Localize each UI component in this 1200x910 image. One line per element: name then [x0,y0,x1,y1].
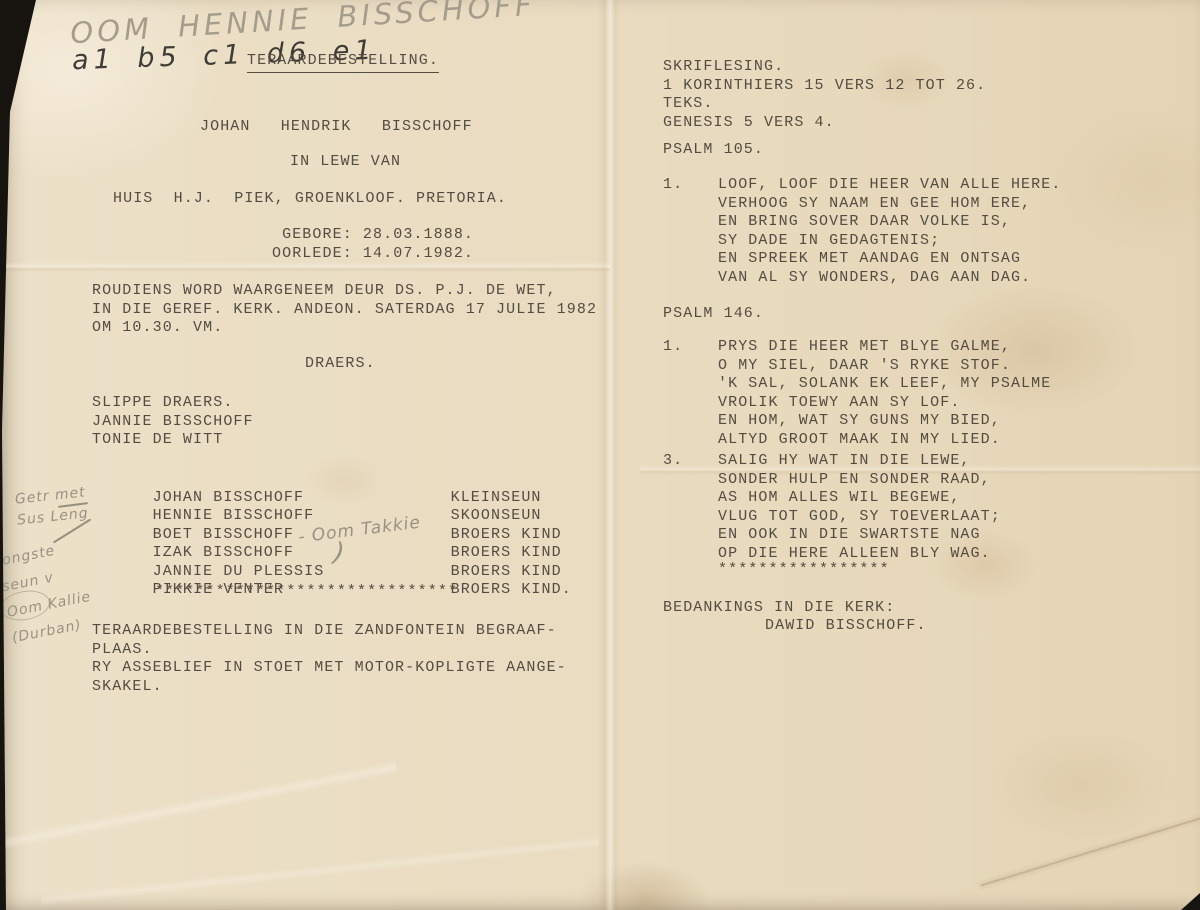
birth-death-dates: GEBORE: 28.03.1888. OORLEDE: 14.07.1982. [272,226,474,263]
draers-heading: DRAERS. [305,355,376,374]
document-title: TERAARDEBESTELLING. [247,52,439,73]
psalm-105-title: PSALM 105. [663,141,764,160]
thanks-name: DAWID BISSCHOFF. [765,617,927,636]
psalm-146-verse-1: PRYS DIE HEER MET BLYE GALME, O MY SIEL,… [718,338,1051,449]
slippe-draers-list: SLIPPE DRAERS. JANNIE BISSCHOFF TONIE DE… [92,394,254,450]
horizontal-crease-left [0,262,610,272]
burial-details: TERAARDEBESTELLING IN DIE ZANDFONTEIN BE… [92,622,567,696]
diagonal-crease-bottom-right [981,806,1200,887]
psalm-105-verse-number: 1. [663,176,683,195]
diagonal-crease-bottom-left-2 [41,836,599,906]
psalm-146-verse-1-number: 1. [663,338,683,357]
bearer-relation: BROERS KIND. [451,581,572,598]
psalm-146-title: PSALM 146. [663,305,764,324]
scanned-document: OOM HENNIE BISSCHOFF a1 b5 c1 d6 e1 Getr… [0,0,1200,910]
in-lewe-van-line: IN LEWE VAN [290,153,401,172]
deceased-name: JOHAN HENDRIK BISSCHOFF [200,118,473,137]
psalm-146-verse-3-number: 3. [663,452,683,471]
center-fold-crease [598,0,620,910]
paper-sheet: OOM HENNIE BISSCHOFF a1 b5 c1 d6 e1 Getr… [0,0,1200,910]
asterisk-divider-left: ****************************** [155,583,458,602]
asterisk-divider-right: ***************** [718,561,890,580]
service-details: ROUDIENS WORD WAARGENEEM DEUR DS. P.J. D… [92,282,597,338]
diagonal-crease-bottom-left [0,760,397,854]
psalm-146-verse-3: SALIG HY WAT IN DIE LEWE, SONDER HULP EN… [718,452,1001,563]
thanks-heading: BEDANKINGS IN DIE KERK: [663,599,895,618]
skriflesing-block: SKRIFLESING. 1 KORINTHIERS 15 VERS 12 TO… [663,58,986,132]
psalm-105-verse-1: LOOF, LOOF DIE HEER VAN ALLE HERE. VERHO… [718,176,1061,287]
residence-line: HUIS H.J. PIEK, GROENKLOOF. PRETORIA. [113,190,507,209]
handwritten-margin-note-married: Getr met Sus Leng [14,482,90,531]
